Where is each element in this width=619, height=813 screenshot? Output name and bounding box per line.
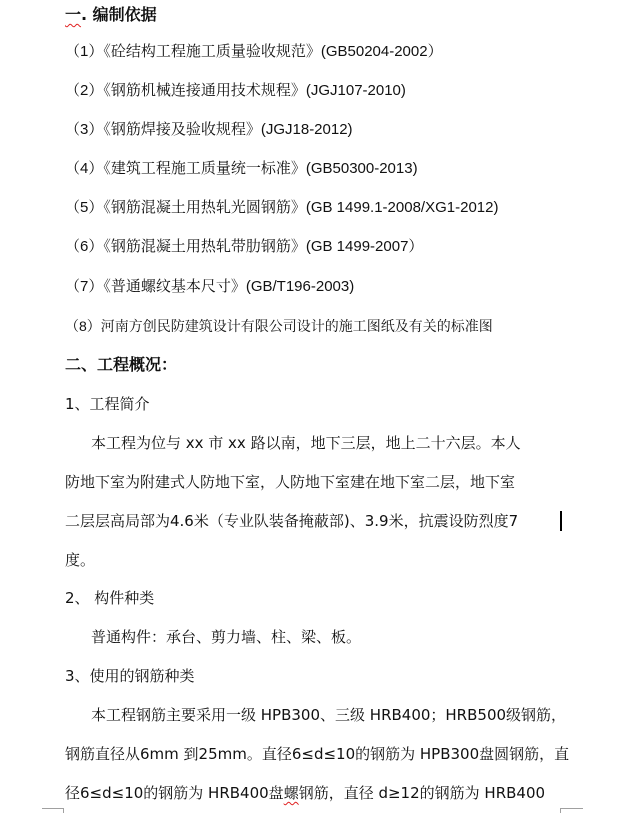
page-margin-corner-right <box>560 808 583 813</box>
subsection-title-components: 2、 构件种类 <box>65 588 154 608</box>
paragraph-line: 普通构件：承台、剪力墙、柱、梁、板。 <box>91 627 361 647</box>
reference-item-6: （6）《钢筋混凝土用热轧带肋钢筋》(GB 1499-2007） <box>65 237 423 257</box>
paragraph-line: 本工程为位与 xx 市 xx 路以南，地下三层，地上二十六层。本人 <box>91 433 521 453</box>
reference-item-1: （1）《砼结构工程施工质量验收规范》(GB50204-2002） <box>65 42 443 62</box>
spell-check-mark: 一 <box>65 5 81 24</box>
text-cursor <box>560 511 562 531</box>
paragraph-line: 钢筋直径从6mm 到25mm。直径6≤d≤10的钢筋为 HPB300盘圆钢筋，直 <box>65 744 569 764</box>
page-margin-corner-left <box>42 808 64 813</box>
reference-item-8: （8）河南方创民防建筑设计有限公司设计的施工图纸及有关的标准图 <box>65 316 493 336</box>
paragraph-line: 本工程钢筋主要采用一级 HPB300、三级 HRB400；HRB500级钢筋， <box>91 705 566 725</box>
subsection-title-rebar: 3、使用的钢筋种类 <box>65 666 195 686</box>
reference-item-2: （2）《钢筋机械连接通用技术规程》(JGJ107-2010) <box>65 81 406 101</box>
paragraph-line: 防地下室为附建式人防地下室，人防地下室建在地下室二层，地下室 <box>65 472 515 492</box>
paragraph-line: 度。 <box>65 550 95 570</box>
section-heading-basis: 一. 编制依据 <box>65 5 157 25</box>
paragraph-line: 二层层高局部为4.6米（专业队装备掩蔽部)、3.9米，抗震设防烈度7 <box>65 511 518 531</box>
reference-item-5: （5）《钢筋混凝土用热轧光圆钢筋》(GB 1499.1-2008/XG1-201… <box>65 198 498 218</box>
reference-item-7: （7）《普通螺纹基本尺寸》(GB/T196-2003) <box>65 277 354 297</box>
subsection-title-intro: 1、工程简介 <box>65 394 150 414</box>
section-heading-overview: 二、工程概况： <box>65 355 177 375</box>
reference-item-3: （3）《钢筋焊接及验收规程》(JGJ18-2012) <box>65 120 353 140</box>
paragraph-line: 径6≤d≤10的钢筋为 HRB400盘螺钢筋，直径 d≥12的钢筋为 HRB40… <box>65 783 545 803</box>
reference-item-4: （4）《建筑工程施工质量统一标准》(GB50300-2013) <box>65 159 418 179</box>
spell-check-mark: 螺 <box>284 784 299 802</box>
